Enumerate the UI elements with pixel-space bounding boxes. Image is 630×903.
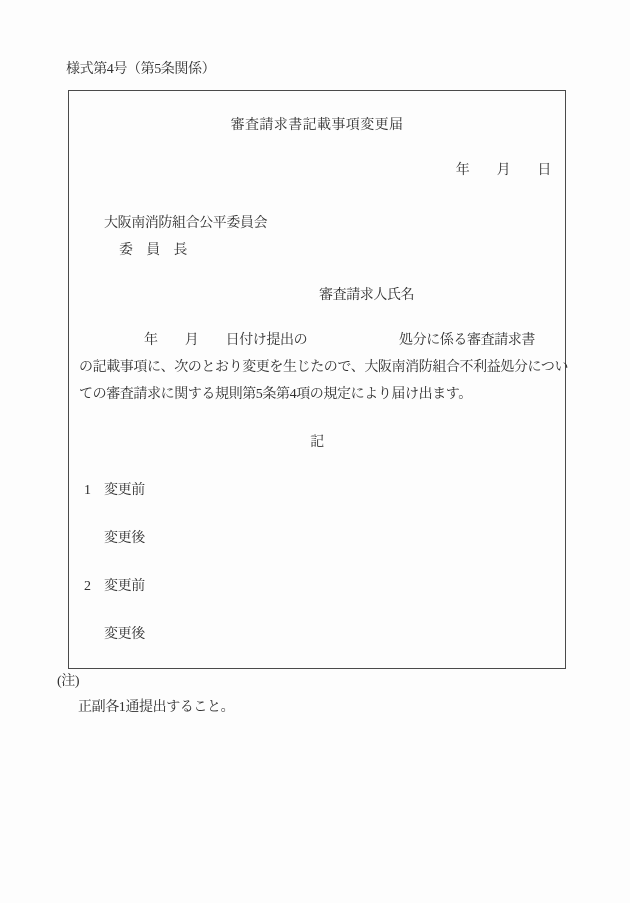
addressee-role: 委 員 長	[119, 244, 187, 258]
form-border-box: 審査請求書記載事項変更届 年 月 日 大阪南消防組合公平委員会 委 員 長 審査…	[68, 90, 566, 669]
item-2-before-change-label: 変更前	[104, 580, 145, 594]
addressee-organization: 大阪南消防組合公平委員会	[104, 217, 267, 231]
form-number-label: 様式第4号（第5条関係）	[66, 63, 215, 77]
body-line-1: 年 月 日付け提出の 処分に係る審査請求書	[69, 334, 565, 349]
date-blank-line: 年 月 日	[456, 164, 551, 178]
form-title: 審査請求書記載事項変更届	[69, 119, 565, 133]
record-heading: 記	[69, 436, 565, 450]
item-1-number: 1	[84, 484, 91, 498]
item-2-after-change-label: 変更後	[104, 628, 145, 642]
submission-date-blank: 年 月 日付け提出の	[144, 334, 307, 348]
item-2-number: 2	[84, 580, 91, 594]
body-line-2: の記載事項に、次のとおり変更を生じたので、大阪南消防組合不利益処分につい	[79, 361, 568, 375]
disposition-name-blank: 処分に係る審査請求書	[399, 334, 535, 348]
note-label: (注)	[57, 675, 79, 689]
item-1-before-change-label: 変更前	[104, 484, 145, 498]
document-page: 様式第4号（第5条関係） 審査請求書記載事項変更届 年 月 日 大阪南消防組合公…	[0, 0, 630, 903]
requester-name-label: 審査請求人氏名	[319, 289, 414, 303]
item-1-after-change-label: 変更後	[104, 532, 145, 546]
body-line-3: ての審査請求に関する規則第5条第4項の規定により届け出ます。	[79, 388, 472, 402]
note-text: 正副各1通提出すること。	[78, 701, 234, 715]
